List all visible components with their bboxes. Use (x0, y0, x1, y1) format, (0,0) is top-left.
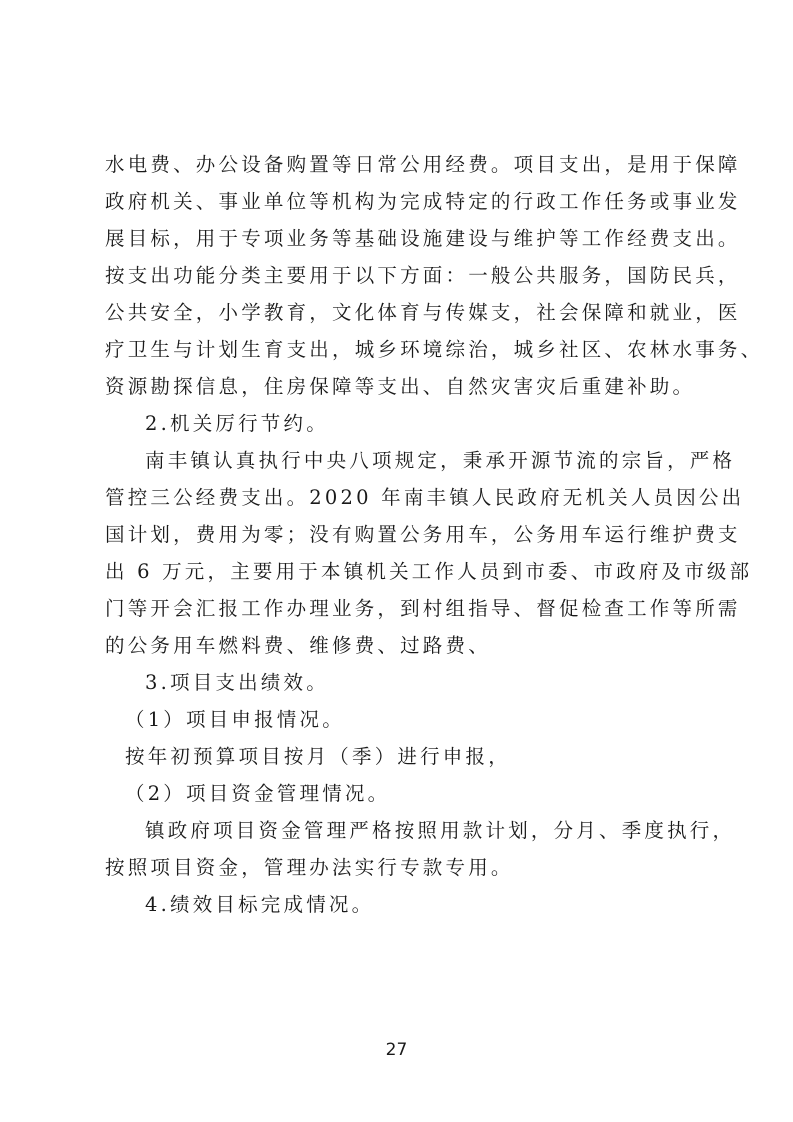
section-heading-frugality: 2.机关厉行节约。 (105, 405, 693, 442)
paragraph-frugality: 南丰镇认真执行中央八项规定，秉承开源节流的宗旨，严格 管控三公经费支出。2020… (105, 442, 693, 664)
text-line: 南丰镇认真执行中央八项规定，秉承开源节流的宗旨，严格 (105, 442, 693, 479)
text-line: 门等开会汇报工作办理业务，到村组指导、督促检查工作等所需 (105, 590, 693, 627)
text-line: 镇政府项目资金管理严格按照用款计划，分月、季度执行， (105, 812, 693, 849)
text-line: 展目标，用于专项业务等基础设施建设与维护等工作经费支出。 (105, 220, 693, 257)
text-line: 出 6 万元，主要用于本镇机关工作人员到市委、市政府及市级部 (105, 553, 693, 590)
document-body: 水电费、办公设备购置等日常公用经费。项目支出，是用于保障 政府机关、事业单位等机… (105, 146, 693, 923)
page-number: 27 (0, 1040, 793, 1060)
paragraph-expenditure-description: 水电费、办公设备购置等日常公用经费。项目支出，是用于保障 政府机关、事业单位等机… (105, 146, 693, 405)
text-line: 公共安全，小学教育，文化体育与传媒支，社会保障和就业，医 (105, 294, 693, 331)
subheading-fund-management: （2）项目资金管理情况。 (105, 775, 693, 812)
section-heading-goal-completion: 4.绩效目标完成情况。 (105, 886, 693, 923)
text-line: 政府机关、事业单位等机构为完成特定的行政工作任务或事业发 (105, 183, 693, 220)
text-line: 按照项目资金，管理办法实行专款专用。 (105, 849, 693, 886)
text-line: 管控三公经费支出。2020 年南丰镇人民政府无机关人员因公出 (105, 479, 693, 516)
subheading-project-application: （1）项目申报情况。 (105, 701, 693, 738)
paragraph-fund-management: 镇政府项目资金管理严格按照用款计划，分月、季度执行， 按照项目资金，管理办法实行… (105, 812, 693, 886)
document-page: 水电费、办公设备购置等日常公用经费。项目支出，是用于保障 政府机关、事业单位等机… (0, 0, 793, 1122)
text-line: 国计划，费用为零；没有购置公务用车，公务用车运行维护费支 (105, 516, 693, 553)
text-line: 疗卫生与计划生育支出，城乡环境综治，城乡社区、农林水事务、 (105, 331, 693, 368)
section-heading-project-performance: 3.项目支出绩效。 (105, 664, 693, 701)
text-line: 资源勘探信息，住房保障等支出、自然灾害灾后重建补助。 (105, 368, 693, 405)
text-line: 按支出功能分类主要用于以下方面：一般公共服务，国防民兵， (105, 257, 693, 294)
text-line: 水电费、办公设备购置等日常公用经费。项目支出，是用于保障 (105, 146, 693, 183)
paragraph-project-application: 按年初预算项目按月（季）进行申报， (105, 738, 693, 775)
text-line: 的公务用车燃料费、维修费、过路费、 (105, 627, 693, 664)
